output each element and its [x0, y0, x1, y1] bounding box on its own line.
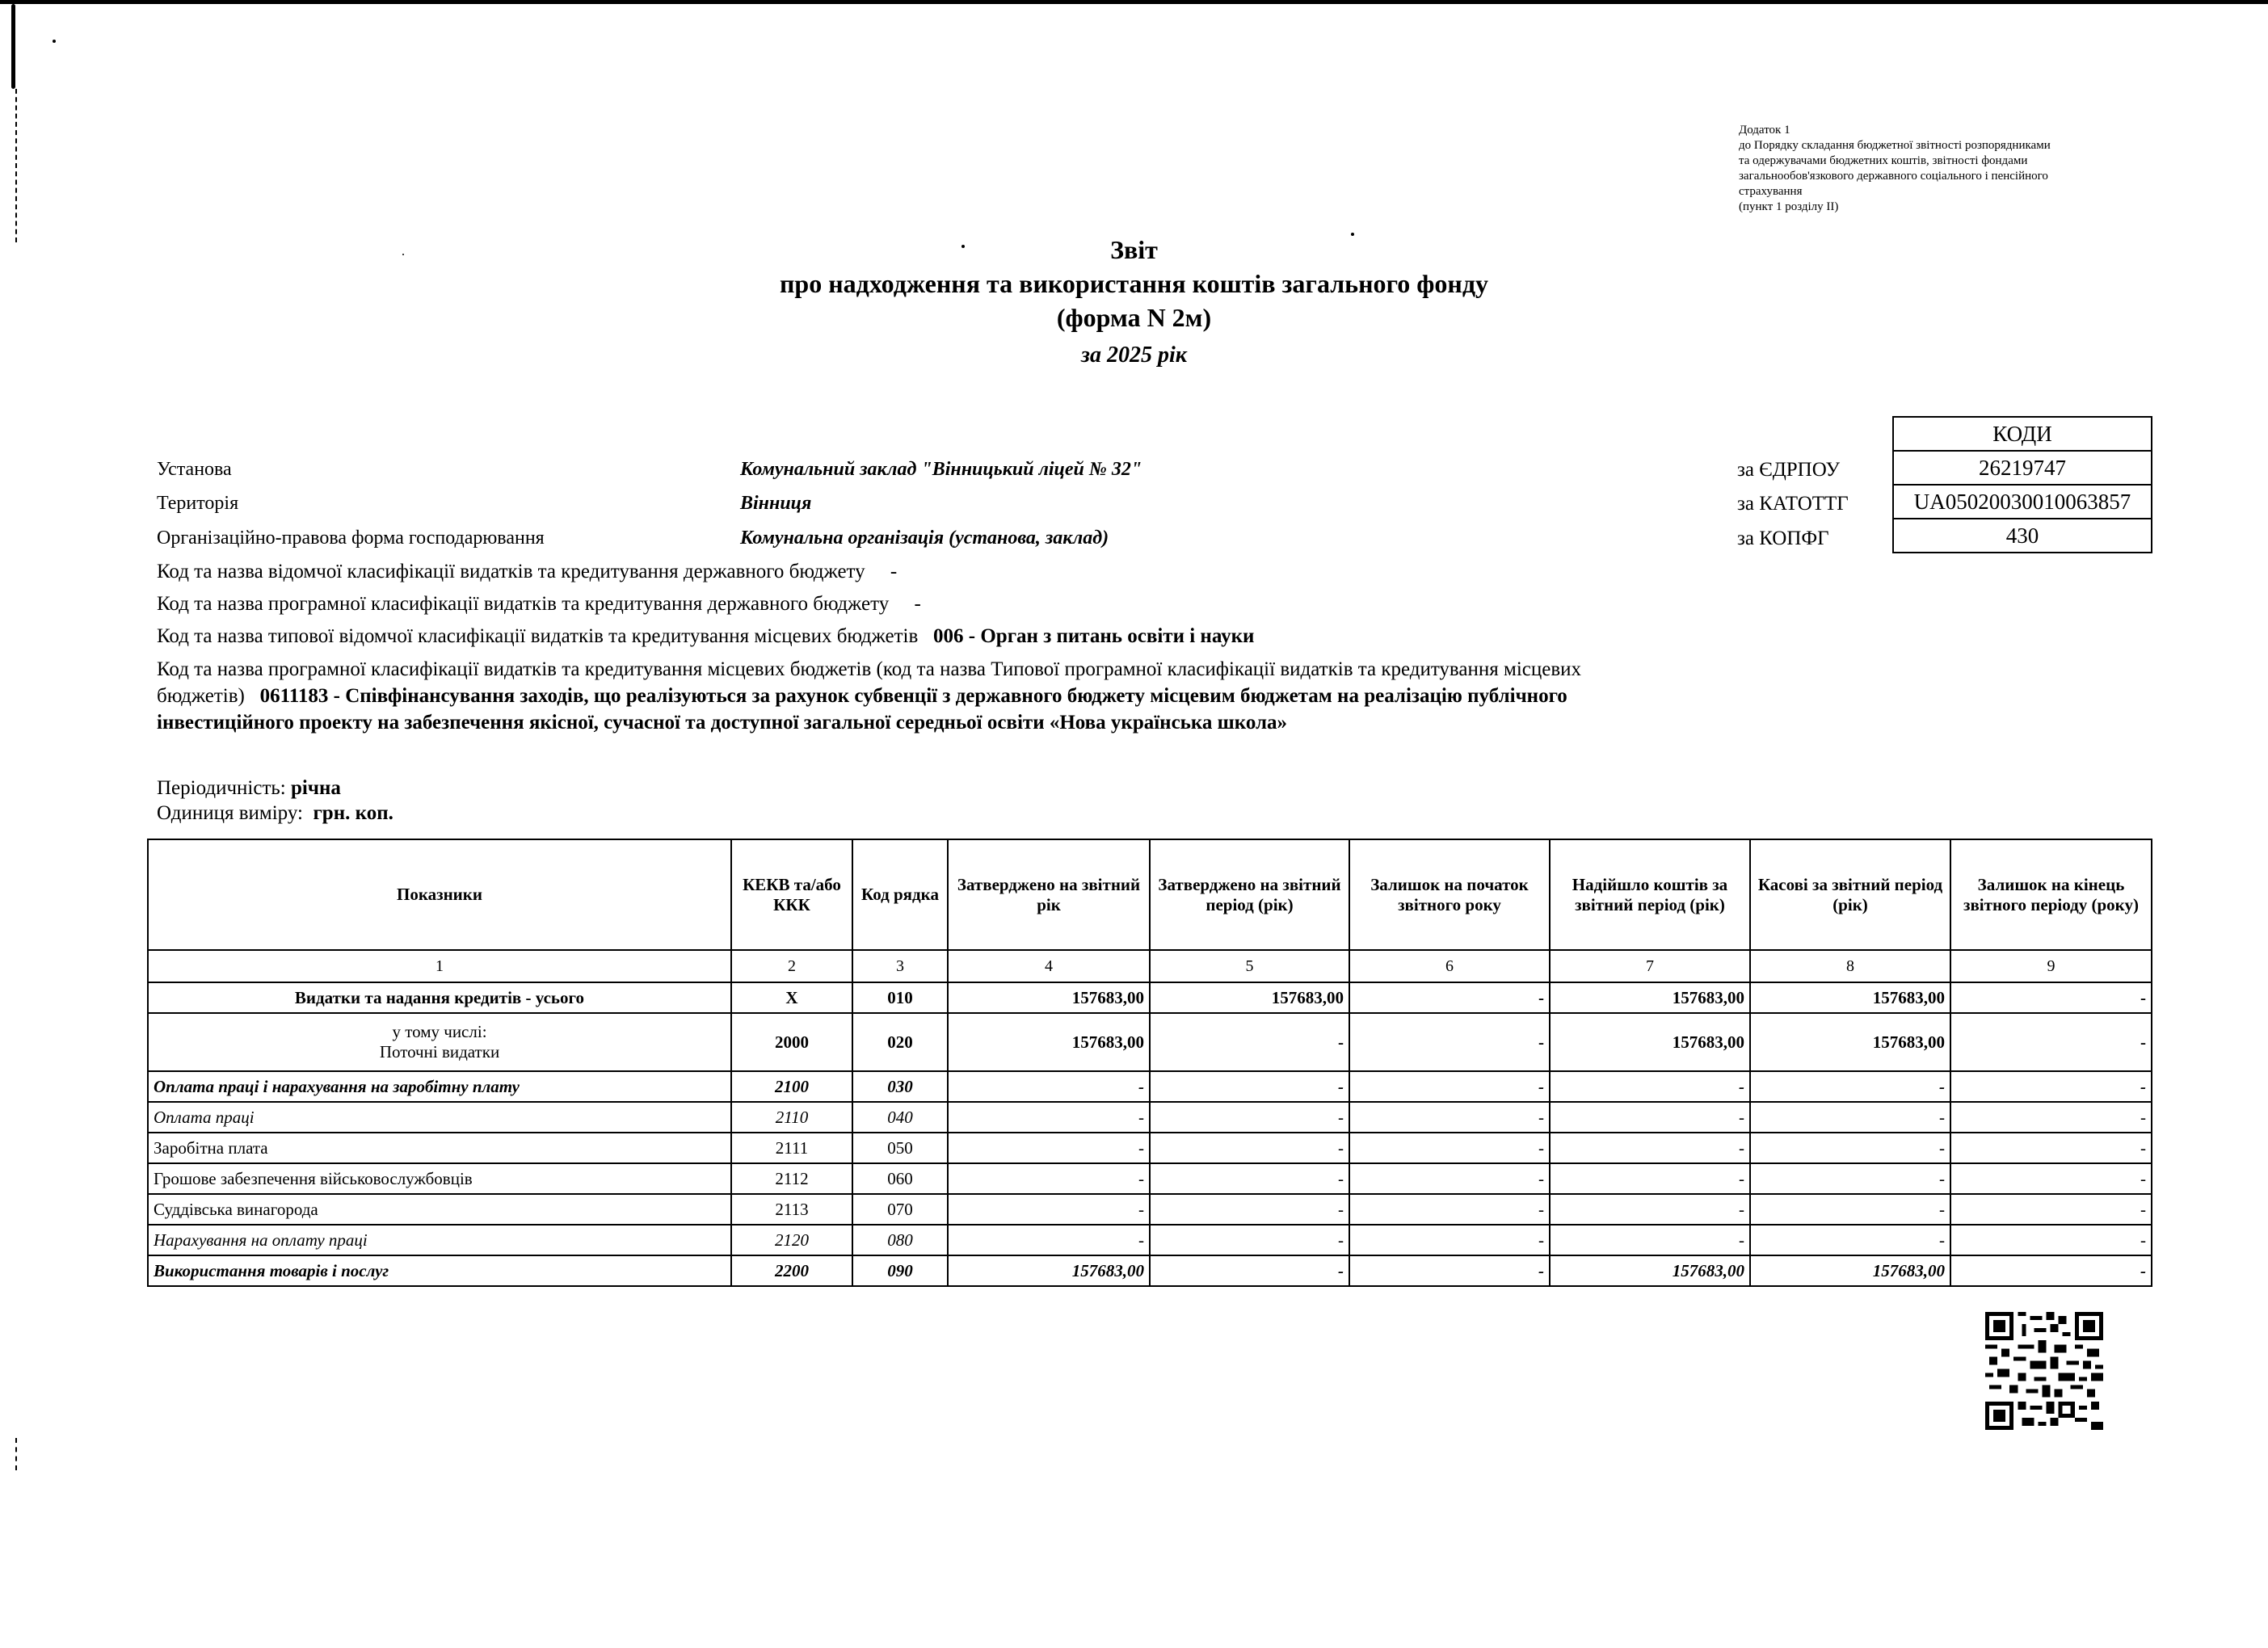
- row-code: 080: [852, 1225, 948, 1255]
- header-received: Надійшло коштів за звітний період (рік): [1550, 839, 1750, 950]
- classification-label: Код та назва типової відомчої класифікац…: [157, 625, 918, 647]
- row-name: Використання товарів і послуг: [148, 1255, 731, 1286]
- cell-received: -: [1550, 1225, 1750, 1255]
- cell-approved-year: -: [948, 1133, 1150, 1163]
- cell-balance-start: -: [1349, 1102, 1550, 1133]
- cell-balance-start: -: [1349, 1133, 1550, 1163]
- row-code: 030: [852, 1071, 948, 1102]
- cell-cash: -: [1750, 1194, 1950, 1225]
- row-name: Оплата праці і нарахування на заробітну …: [148, 1071, 731, 1102]
- codes-table: КОДИ 26219747 UA05020030010063857 430: [1892, 416, 2152, 553]
- table-row: Використання товарів і послуг 2200 090 1…: [148, 1255, 2152, 1286]
- cell-received: -: [1550, 1194, 1750, 1225]
- classification-label: Код та назва програмної класифікації вид…: [157, 593, 889, 615]
- header-balance-end: Залишок на кінець звітного періоду (року…: [1950, 839, 2152, 950]
- cell-balance-end: -: [1950, 982, 2152, 1013]
- classification-value: -: [890, 561, 897, 582]
- column-number: 4: [948, 950, 1150, 982]
- legal-form-value: Комунальна організація (установа, заклад…: [740, 526, 1109, 550]
- cell-received: 157683,00: [1550, 1255, 1750, 1286]
- classification-program-local: Код та назва програмної класифікації вид…: [157, 656, 1660, 736]
- unit-label: Одиниця виміру:: [157, 802, 303, 824]
- cell-cash: 157683,00: [1750, 1013, 1950, 1071]
- table-row: Оплата праці і нарахування на заробітну …: [148, 1071, 2152, 1102]
- row-kekv: 2111: [731, 1133, 852, 1163]
- cell-cash: -: [1750, 1163, 1950, 1194]
- table-row: Нарахування на оплату праці 2120 080 - -…: [148, 1225, 2152, 1255]
- report-period: за 2025 рік: [0, 336, 2268, 375]
- cell-balance-end: -: [1950, 1194, 2152, 1225]
- column-number: 5: [1150, 950, 1349, 982]
- row-kekv: 2120: [731, 1225, 852, 1255]
- cell-balance-end: -: [1950, 1225, 2152, 1255]
- annex-line: до Порядку складання бюджетної звітності…: [1739, 138, 2175, 153]
- classification-departmental-state: Код та назва відомчої класифікації видат…: [157, 559, 897, 584]
- cell-approved-period: -: [1150, 1102, 1349, 1133]
- cell-cash: 157683,00: [1750, 982, 1950, 1013]
- cell-approved-period: -: [1150, 1255, 1349, 1286]
- cell-approved-period: -: [1150, 1013, 1349, 1071]
- classification-program-state: Код та назва програмної класифікації вид…: [157, 591, 921, 616]
- header-indicators: Показники: [148, 839, 731, 950]
- row-code: 020: [852, 1013, 948, 1071]
- row-name: у тому числі: Поточні видатки: [148, 1013, 731, 1071]
- periodicity-value: річна: [291, 777, 341, 799]
- cell-received: -: [1550, 1133, 1750, 1163]
- row-name: Заробітна плата: [148, 1133, 731, 1163]
- cell-balance-start: -: [1349, 1225, 1550, 1255]
- code-label-kopfg: за КОПФГ: [1737, 527, 1829, 551]
- row-kekv: 2200: [731, 1255, 852, 1286]
- header-approved-year: Затверджено на звітний рік: [948, 839, 1150, 950]
- title-line-1: Звіт: [0, 233, 2268, 267]
- code-label-edrpou: за ЄДРПОУ: [1737, 458, 1840, 482]
- cell-approved-year: -: [948, 1163, 1150, 1194]
- institution-label: Установа: [157, 457, 232, 481]
- row-code: 050: [852, 1133, 948, 1163]
- annex-line: та одержувачами бюджетних коштів, звітно…: [1739, 153, 2175, 169]
- cell-received: 157683,00: [1550, 1013, 1750, 1071]
- cell-received: -: [1550, 1163, 1750, 1194]
- report-table: Показники КЕКВ та/або ККК Код рядка Затв…: [147, 839, 2152, 1287]
- cell-cash: -: [1750, 1071, 1950, 1102]
- periodicity-label: Періодичність:: [157, 777, 286, 799]
- row-name-main: Поточні видатки: [154, 1042, 726, 1062]
- qr-code-icon: [1984, 1312, 2104, 1430]
- row-code: 060: [852, 1163, 948, 1194]
- header-approved-period: Затверджено на звітний період (рік): [1150, 839, 1349, 950]
- cell-balance-end: -: [1950, 1133, 2152, 1163]
- row-code: 090: [852, 1255, 948, 1286]
- annex-line: страхування: [1739, 184, 2175, 200]
- annex-note: Додаток 1 до Порядку складання бюджетної…: [1739, 123, 2175, 215]
- table-row: Грошове забезпечення військовослужбовців…: [148, 1163, 2152, 1194]
- cell-approved-year: 157683,00: [948, 982, 1150, 1013]
- table-row: Заробітна плата 2111 050 - - - - - -: [148, 1133, 2152, 1163]
- annex-line: Додаток 1: [1739, 123, 2175, 138]
- scan-edge-top: [0, 0, 2268, 4]
- row-name-prefix: у тому числі:: [154, 1022, 726, 1042]
- cell-balance-start: -: [1349, 1071, 1550, 1102]
- cell-approved-year: -: [948, 1102, 1150, 1133]
- table-row: Оплата праці 2110 040 - - - - - -: [148, 1102, 2152, 1133]
- cell-received: -: [1550, 1071, 1750, 1102]
- cell-approved-year: 157683,00: [948, 1255, 1150, 1286]
- periodicity-block: Періодичність: річна Одиниця виміру: грн…: [157, 776, 393, 826]
- table-row: Суддівська винагорода 2113 070 - - - - -…: [148, 1194, 2152, 1225]
- classification-label: Код та назва відомчої класифікації видат…: [157, 561, 865, 582]
- header-balance-start: Залишок на початок звітного року: [1349, 839, 1550, 950]
- classification-value: 0611183 - Співфінансування заходів, що р…: [157, 685, 1567, 734]
- cell-approved-year: -: [948, 1071, 1150, 1102]
- cell-approved-period: -: [1150, 1133, 1349, 1163]
- title-line-3: (форма N 2м): [0, 301, 2268, 334]
- document-title: Звіт про надходження та використання кош…: [0, 233, 2268, 375]
- cell-balance-end: -: [1950, 1013, 2152, 1071]
- row-kekv: 2100: [731, 1071, 852, 1102]
- cell-received: 157683,00: [1550, 982, 1750, 1013]
- table-column-numbers: 1 2 3 4 5 6 7 8 9: [148, 950, 2152, 982]
- scan-edge-dash: [15, 1438, 17, 1470]
- table-header-row: Показники КЕКВ та/або ККК Код рядка Затв…: [148, 839, 2152, 950]
- classification-value: -: [914, 593, 920, 615]
- row-kekv: X: [731, 982, 852, 1013]
- cell-balance-end: -: [1950, 1255, 2152, 1286]
- cell-approved-year: -: [948, 1194, 1150, 1225]
- cell-approved-period: -: [1150, 1163, 1349, 1194]
- column-number: 2: [731, 950, 852, 982]
- cell-balance-start: -: [1349, 1194, 1550, 1225]
- code-label-katottg: за КАТОТТГ: [1737, 492, 1849, 516]
- cell-approved-year: -: [948, 1225, 1150, 1255]
- institution-value: Комунальний заклад "Вінницький ліцей № 3…: [740, 457, 1142, 481]
- cell-approved-period: -: [1150, 1071, 1349, 1102]
- cell-cash: -: [1750, 1102, 1950, 1133]
- row-name: Нарахування на оплату праці: [148, 1225, 731, 1255]
- code-value-edrpou: 26219747: [1893, 451, 2152, 485]
- row-code: 010: [852, 982, 948, 1013]
- annex-line: (пункт 1 розділу II): [1739, 200, 2175, 215]
- row-name: Суддівська винагорода: [148, 1194, 731, 1225]
- title-line-2: про надходження та використання коштів з…: [0, 267, 2268, 301]
- unit-value: грн. коп.: [313, 802, 393, 824]
- scan-speck: [53, 40, 56, 43]
- column-number: 7: [1550, 950, 1750, 982]
- row-name: Оплата праці: [148, 1102, 731, 1133]
- cell-balance-start: -: [1349, 1163, 1550, 1194]
- row-code: 070: [852, 1194, 948, 1225]
- annex-line: загальнообов'язкового державного соціаль…: [1739, 169, 2175, 184]
- cell-balance-end: -: [1950, 1071, 2152, 1102]
- scan-edge-dash: [15, 89, 17, 242]
- column-number: 8: [1750, 950, 1950, 982]
- table-row: у тому числі: Поточні видатки 2000 020 1…: [148, 1013, 2152, 1071]
- header-kekv: КЕКВ та/або ККК: [731, 839, 852, 950]
- cell-approved-period: -: [1150, 1225, 1349, 1255]
- cell-balance-start: -: [1349, 982, 1550, 1013]
- row-name: Видатки та надання кредитів - усього: [148, 982, 731, 1013]
- column-number: 6: [1349, 950, 1550, 982]
- cell-approved-period: 157683,00: [1150, 982, 1349, 1013]
- code-value-katottg: UA05020030010063857: [1893, 485, 2152, 519]
- cell-cash: -: [1750, 1133, 1950, 1163]
- cell-balance-start: -: [1349, 1255, 1550, 1286]
- territory-value: Вінниця: [740, 491, 811, 515]
- row-code: 040: [852, 1102, 948, 1133]
- cell-cash: 157683,00: [1750, 1255, 1950, 1286]
- header-row-code: Код рядка: [852, 839, 948, 950]
- row-kekv: 2113: [731, 1194, 852, 1225]
- territory-label: Територія: [157, 491, 238, 515]
- legal-form-label: Організаційно-правова форма господарюван…: [157, 526, 545, 550]
- cell-balance-end: -: [1950, 1102, 2152, 1133]
- column-number: 3: [852, 950, 948, 982]
- cell-balance-start: -: [1349, 1013, 1550, 1071]
- cell-approved-year: 157683,00: [948, 1013, 1150, 1071]
- column-number: 1: [148, 950, 731, 982]
- cell-cash: -: [1750, 1225, 1950, 1255]
- cell-approved-period: -: [1150, 1194, 1349, 1225]
- scan-edge-left: [11, 4, 15, 89]
- row-name: Грошове забезпечення військовослужбовців: [148, 1163, 731, 1194]
- table-row: Видатки та надання кредитів - усього X 0…: [148, 982, 2152, 1013]
- row-kekv: 2000: [731, 1013, 852, 1071]
- codes-header: КОДИ: [1893, 417, 2152, 451]
- row-kekv: 2110: [731, 1102, 852, 1133]
- code-value-kopfg: 430: [1893, 519, 2152, 553]
- column-number: 9: [1950, 950, 2152, 982]
- classification-departmental-local: Код та назва типової відомчої класифікац…: [157, 624, 1254, 649]
- classification-value: 006 - Орган з питань освіти і науки: [933, 625, 1254, 647]
- cell-received: -: [1550, 1102, 1750, 1133]
- cell-balance-end: -: [1950, 1163, 2152, 1194]
- header-cash: Касові за звітний період (рік): [1750, 839, 1950, 950]
- row-kekv: 2112: [731, 1163, 852, 1194]
